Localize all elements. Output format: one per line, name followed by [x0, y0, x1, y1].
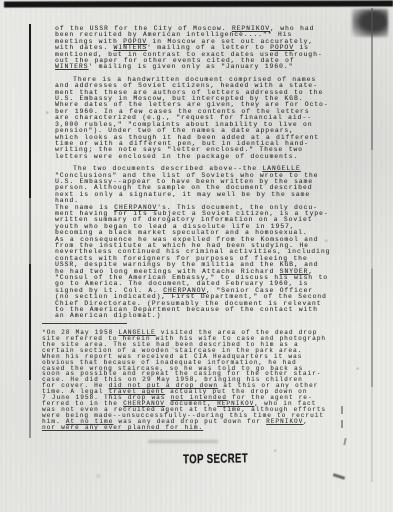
scan-artifact-tick	[343, 438, 346, 445]
scan-artifact-mark	[333, 473, 345, 480]
scan-artifact-smudge	[148, 440, 218, 443]
top-secret-stamp: TOP SECRET	[183, 451, 248, 467]
scan-artifact-tick	[341, 420, 343, 428]
paragraph: There is a handwritten document comprise…	[55, 77, 333, 160]
typewritten-body-text: of the USSR for the City of Moscow. REPN…	[55, 26, 333, 326]
scanned-document-page: of the USSR for the City of Moscow. REPN…	[0, 0, 393, 512]
paragraph: The two documents described above--the L…	[55, 166, 333, 320]
paragraph: of the USSR for the City of Moscow. REPN…	[55, 26, 333, 71]
scan-artifact-tick	[341, 406, 343, 414]
scan-edge-left-line	[29, 24, 31, 438]
scan-edge-top-bar	[4, 0, 393, 7]
footnote-separator	[42, 323, 127, 324]
footnote-text: *On 28 May 1958 LANGELLE visited the are…	[42, 330, 342, 431]
scan-edge-right-line	[371, 8, 373, 482]
scan-artifact-top-right	[352, 9, 388, 37]
